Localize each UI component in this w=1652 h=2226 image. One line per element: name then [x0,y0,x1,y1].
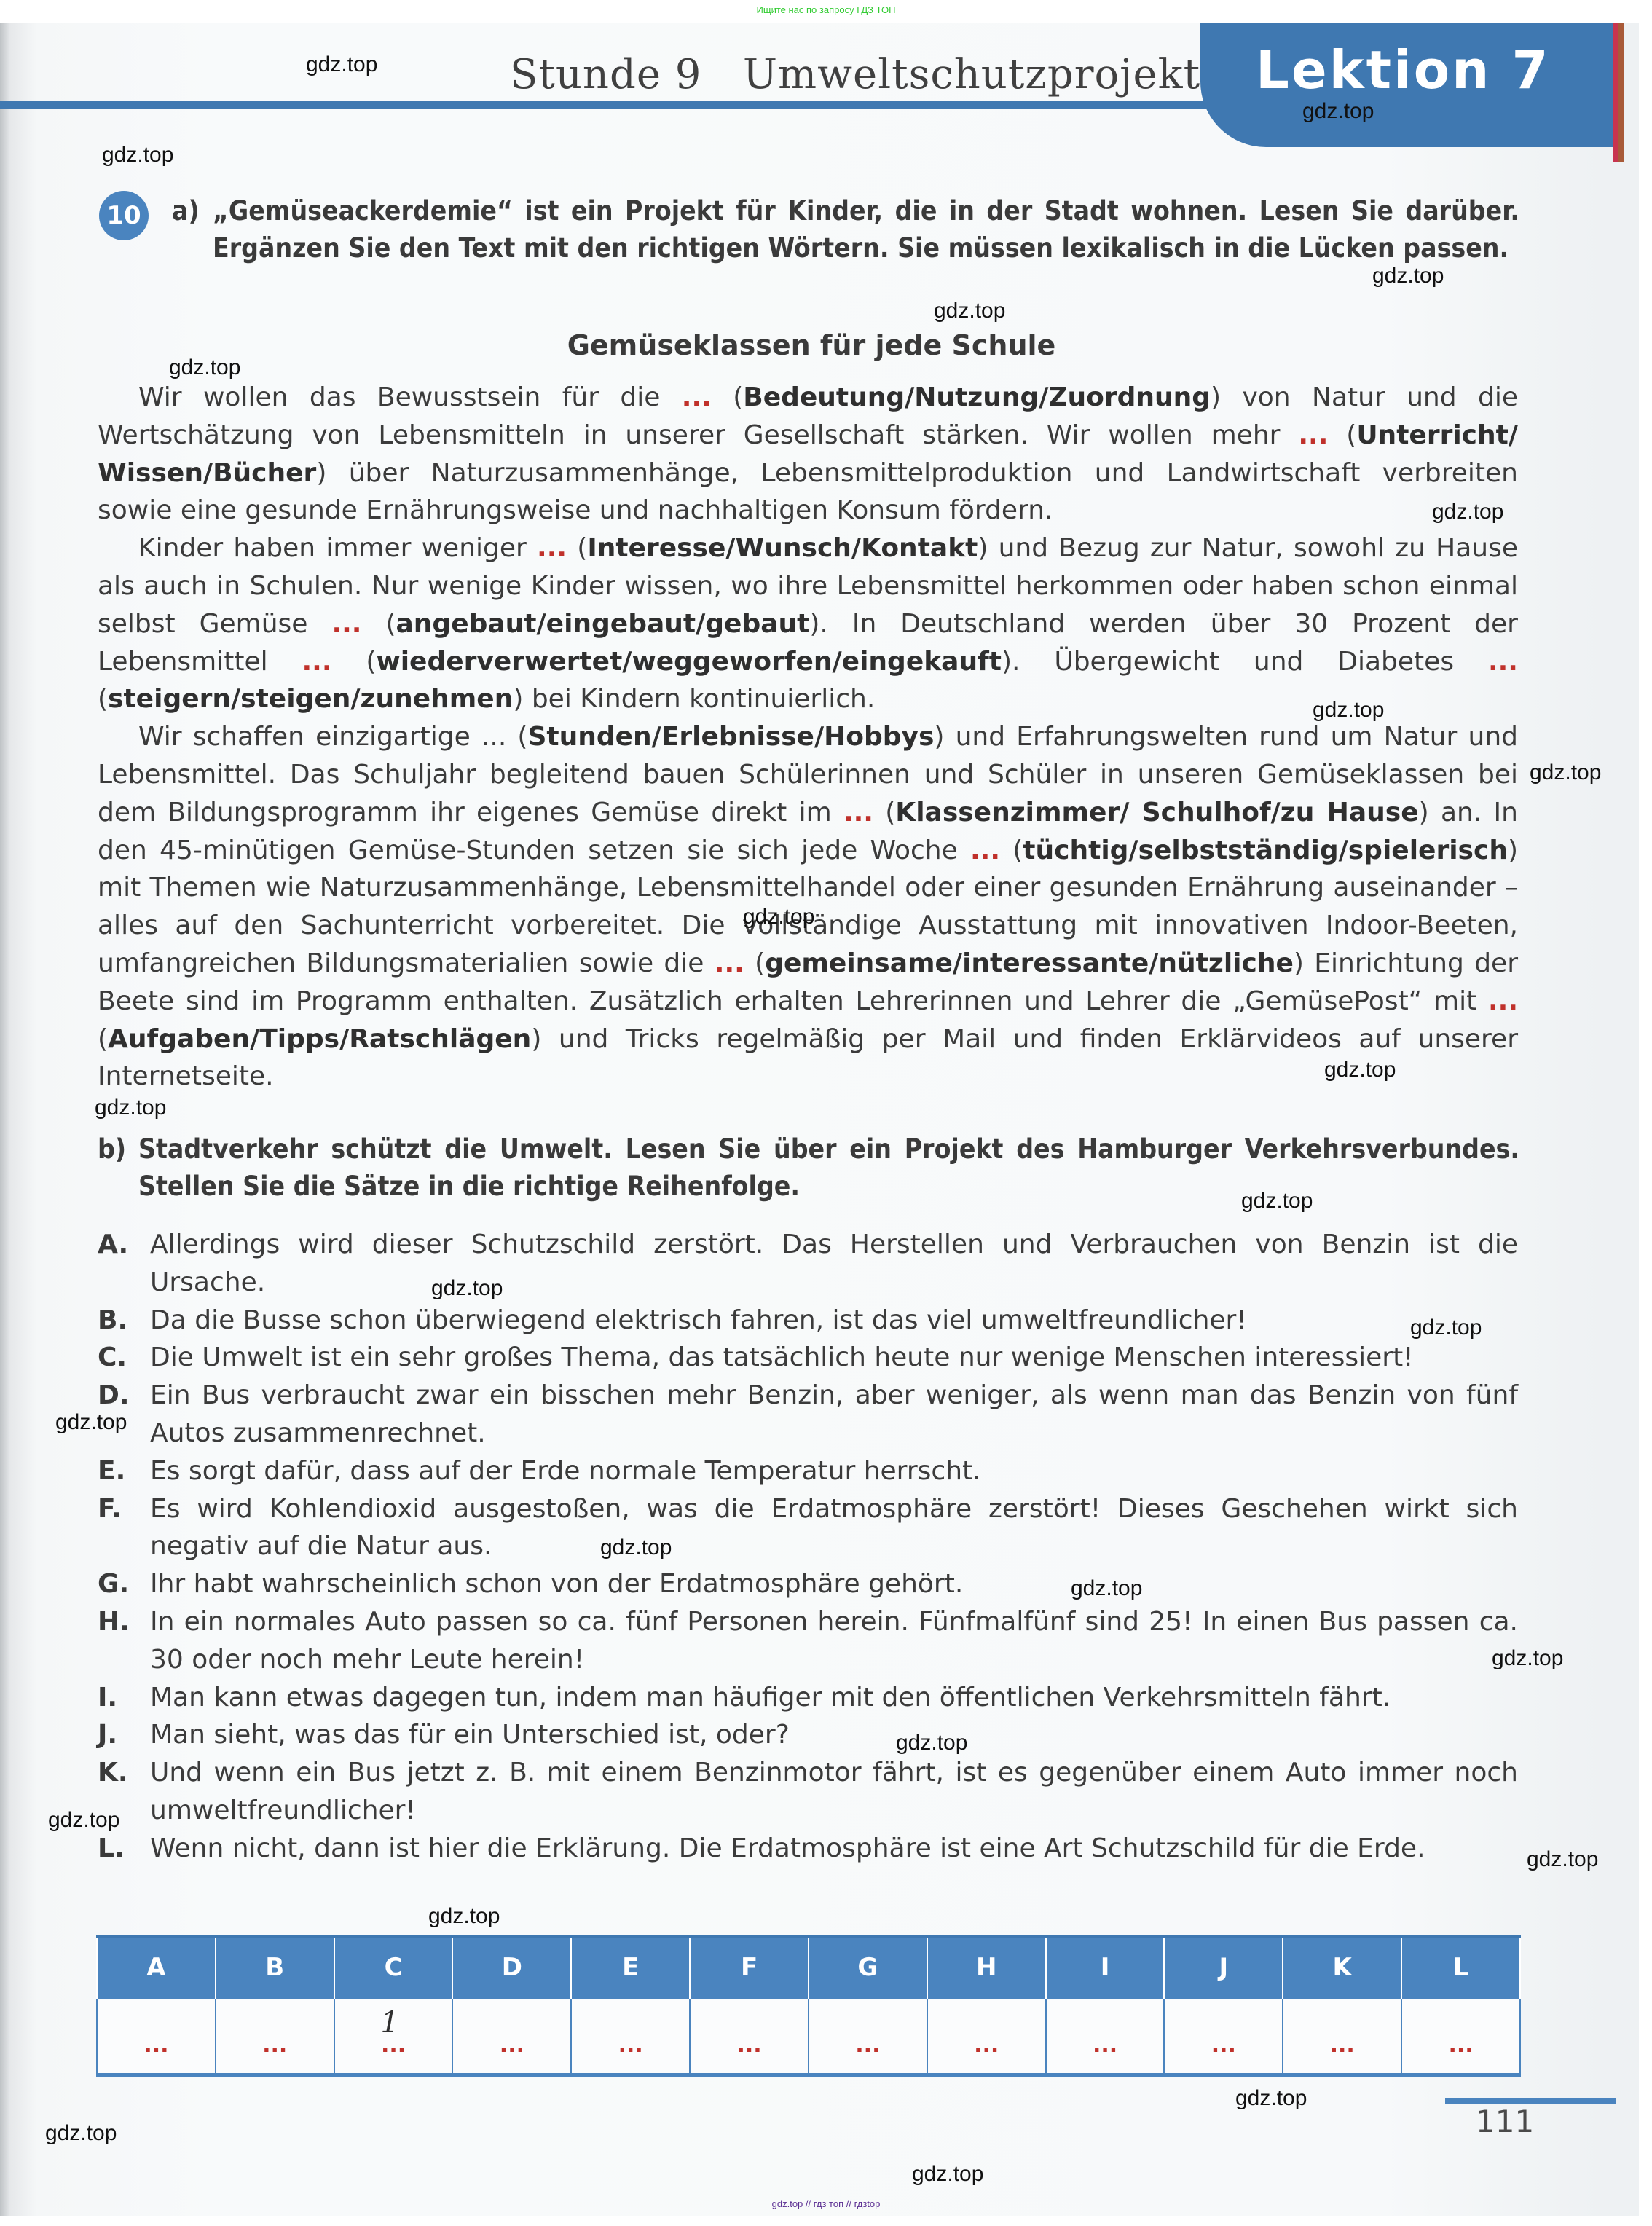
answer-cell-i[interactable]: ... [1046,1998,1165,2075]
answer-header-j: J [1164,1936,1283,1998]
answer-table: ABCDEFGHIJKL .........1.................… [96,1935,1521,2077]
sentence-text: Ihr habt wahrscheinlich schon von der Er… [150,1569,963,1599]
gap-blank[interactable]: ... [715,948,744,978]
sentence-item: B.Da die Busse schon überwiegend elektri… [98,1302,1518,1340]
sentence-item: C.Die Umwelt ist ein sehr großes Thema, … [98,1339,1518,1377]
sentence-text: Und wenn ein Bus jetzt z. B. mit einem B… [150,1758,1518,1825]
page-number-bar [1445,2098,1616,2104]
sentence-letter: E. [98,1452,125,1490]
sentence-letter: K. [98,1754,128,1792]
sentence-letter: F. [98,1490,122,1528]
text-segment: ( [712,382,743,412]
word-options: angebaut/eingebaut/gebaut [396,609,810,639]
sentence-letter: J. [98,1716,117,1754]
gap-blank[interactable]: ... [1488,647,1518,677]
watermark-text: gdz.top [1410,1315,1482,1340]
answer-cell-l[interactable]: ... [1401,1998,1520,2075]
answer-header-b: B [216,1936,334,1998]
watermark-text: gdz.top [1302,99,1374,124]
sentence-item: E.Es sorgt dafür, dass auf der Erde norm… [98,1452,1518,1490]
answer-cell-c[interactable]: ...1 [334,1998,453,2075]
answer-header-d: D [452,1936,571,1998]
lesson-title: Stunde 9 Umweltschutzprojekte [510,51,1225,98]
sentence-letter: D. [98,1377,130,1415]
answer-header-k: K [1283,1936,1401,1998]
watermark-text: gdz.top [912,2162,983,2187]
sentence-letter: H. [98,1603,130,1641]
answer-placeholder: ... [500,2032,524,2058]
answer-header-g: G [809,1936,927,1998]
answer-cell-a[interactable]: ... [97,1998,216,2075]
task-a-text: „Gemüseackerdemie“ ist ein Projekt für K… [172,192,1519,267]
watermark-text: gdz.top [1432,500,1503,524]
sentence-text: Man kann etwas dagegen tun, indem man hä… [150,1683,1391,1712]
page-edge-marker-2 [1618,23,1624,162]
word-options: steigern/steigen/zunehmen [108,684,513,714]
gap-blank[interactable]: ... [302,647,331,677]
page-number: 111 [1476,2104,1534,2139]
text-segment: ). Übergewicht und Diabetes [1002,647,1488,677]
lektion-label: Lektion 7 [1256,39,1551,101]
task-a-instruction: a) „Gemüseackerdemie“ ist ein Projekt fü… [172,192,1519,267]
answer-table-row: .........1........................... [97,1998,1520,2075]
watermark-text: gdz.top [428,1904,500,1929]
sentence-text: Da die Busse schon überwiegend elektrisc… [150,1305,1247,1335]
text-segment: Wir schaffen einzigartige ... ( [138,722,527,752]
watermark-text: gdz.top [306,52,377,77]
text-segment: Wir wollen das Bewusstsein für die [138,382,682,412]
text-segment: ( [873,798,895,827]
watermark-text: gdz.top [1527,1847,1598,1872]
answer-table-header: ABCDEFGHIJKL [97,1936,1520,1998]
watermark-text: gdz.top [102,143,173,168]
task-a-label: a) [172,192,200,229]
answer-placeholder: ... [1330,2032,1355,2058]
watermark-text: gdz.top [431,1276,503,1301]
word-options: tüchtig/selbstständig/spielerisch [1023,835,1508,865]
answer-cell-j[interactable]: ... [1164,1998,1283,2075]
task-b-label: b) [98,1130,126,1168]
gap-blank[interactable]: ... [843,798,873,827]
sentence-letter: G. [98,1565,129,1603]
word-options: Stunden/Erlebnisse/Hobbys [527,722,934,752]
watermark-text: gdz.top [1241,1189,1313,1214]
answer-placeholder: ... [618,2032,643,2058]
watermark-text: gdz.top [1235,2086,1307,2111]
top-banner-note: Ищите нас по запросу ГДЗ ТОП [0,4,1652,15]
gap-blank[interactable]: ... [537,533,567,563]
answer-cell-h[interactable]: ... [927,1998,1046,2075]
sentence-letter: L. [98,1830,125,1868]
sentence-text: Man sieht, was das für ein Unterschied i… [150,1720,790,1750]
answer-placeholder: ... [1093,2032,1117,2058]
answer-header-a: A [97,1936,216,1998]
sentence-item: G.Ihr habt wahrscheinlich schon von der … [98,1565,1518,1603]
gap-blank[interactable]: ... [1488,986,1518,1016]
bottom-banner-note: gdz.top // гдз топ // гдзtop [0,2198,1652,2209]
sentence-item: L.Wenn nicht, dann ist hier die Erklärun… [98,1830,1518,1868]
word-options: gemeinsame/interessante/nützliche [765,948,1294,978]
sentence-text: Es sorgt dafür, dass auf der Erde normal… [150,1456,981,1486]
sentence-letter: C. [98,1339,127,1377]
answer-cell-g[interactable]: ... [809,1998,927,2075]
answer-cell-e[interactable]: ... [571,1998,690,2075]
word-options: Aufgaben/Tipps/Ratschlägen [108,1024,531,1054]
paragraph: Kinder haben immer weniger ... (Interess… [98,530,1518,718]
answer-header-e: E [571,1936,690,1998]
header-rule [0,101,1238,109]
watermark-text: gdz.top [1324,1058,1396,1082]
answer-cell-b[interactable]: ... [216,1998,334,2075]
sentence-item: A.Allerdings wird dieser Schutzschild ze… [98,1226,1518,1302]
answer-placeholder: ... [736,2032,761,2058]
watermark-text: gdz.top [934,299,1005,323]
watermark-text: gdz.top [1071,1576,1142,1601]
text-segment: ) bei Kindern kontinuierlich. [513,684,875,714]
text-segment: ( [1000,835,1023,865]
watermark-text: gdz.top [95,1096,166,1120]
handwritten-answer: 1 [380,2006,398,2040]
page-edge-marker [1613,23,1618,162]
gap-blank[interactable]: ... [331,609,361,639]
word-options: Interesse/Wunsch/Kontakt [587,533,978,563]
answer-cell-k[interactable]: ... [1283,1998,1401,2075]
watermark-text: gdz.top [600,1535,672,1560]
answer-header-h: H [927,1936,1046,1998]
answer-cell-d[interactable]: ... [452,1998,571,2075]
sentence-item: J.Man sieht, was das für ein Unterschied… [98,1716,1518,1754]
paragraph: Wir wollen das Bewusstsein für die ... (… [98,379,1518,530]
watermark-text: gdz.top [743,905,814,929]
gap-blank[interactable]: ... [1298,420,1328,450]
answer-placeholder: ... [1448,2032,1473,2058]
lektion-tab: Lektion 7 [1200,23,1613,147]
exercise-number-badge: 10 [99,191,149,240]
sentence-list: A.Allerdings wird dieser Schutzschild ze… [98,1226,1518,1868]
text-segment: Kinder haben immer weniger [138,533,537,563]
text-title: Gemüseklassen für jede Schule [0,329,1623,361]
sentence-letter: A. [98,1226,128,1264]
text-segment: ( [332,647,377,677]
gap-blank[interactable]: ... [970,835,1000,865]
cloze-text: Wir wollen das Bewusstsein für die ... (… [98,379,1518,1096]
text-segment: ( [567,533,587,563]
sentence-text: Allerdings wird dieser Schutzschild zers… [150,1230,1518,1297]
answer-cell-f[interactable]: ... [690,1998,809,2075]
answer-placeholder: ... [262,2032,287,2058]
watermark-text: gdz.top [48,1808,119,1833]
watermark-text: gdz.top [1372,264,1444,288]
answer-placeholder: ... [974,2032,999,2058]
sentence-text: Die Umwelt ist ein sehr großes Thema, da… [150,1342,1414,1372]
sentence-text: Ein Bus verbraucht zwar ein bisschen meh… [150,1380,1518,1448]
answer-placeholder: ... [143,2032,168,2058]
sentence-text: Es wird Kohlendioxid ausgestoßen, was di… [150,1494,1518,1562]
word-options: wiederverwertet/weggeworfen/eingekauft [376,647,1002,677]
answer-placeholder: ... [1211,2032,1236,2058]
text-segment: ( [744,948,765,978]
sentence-item: K.Und wenn ein Bus jetzt z. B. mit einem… [98,1754,1518,1830]
watermark-text: gdz.top [55,1410,127,1435]
sentence-letter: B. [98,1302,127,1340]
sentence-letter: I. [98,1679,117,1717]
text-segment: ( [98,684,108,714]
text-segment: ( [1328,420,1356,450]
sentence-text: Wenn nicht, dann ist hier die Erklärung.… [150,1833,1425,1863]
text-segment: ( [361,609,396,639]
watermark-text: gdz.top [1530,760,1601,785]
watermark-text: gdz.top [896,1731,967,1755]
answer-header-c: C [334,1936,453,1998]
answer-header-i: I [1046,1936,1165,1998]
word-options: Klassenzimmer/ Schulhof/zu Hause [895,798,1418,827]
sentence-text: In ein normales Auto passen so ca. fünf … [150,1607,1518,1675]
watermark-text: gdz.top [45,2121,117,2146]
watermark-text: gdz.top [1492,1646,1563,1671]
sentence-item: F.Es wird Kohlendioxid ausgestoßen, was … [98,1490,1518,1566]
watermark-text: gdz.top [169,355,240,380]
answer-placeholder: ... [855,2032,880,2058]
word-options: Bedeutung/Nutzung/Zuordnung [743,382,1211,412]
sentence-item: I.Man kann etwas dagegen tun, indem man … [98,1679,1518,1717]
answer-header-l: L [1401,1936,1520,1998]
watermark-text: gdz.top [1313,698,1384,723]
sentence-item: H.In ein normales Auto passen so ca. fün… [98,1603,1518,1679]
answer-header-f: F [690,1936,809,1998]
sentence-item: D.Ein Bus verbraucht zwar ein bisschen m… [98,1377,1518,1452]
text-segment: ( [98,1024,108,1054]
gap-blank[interactable]: ... [682,382,712,412]
